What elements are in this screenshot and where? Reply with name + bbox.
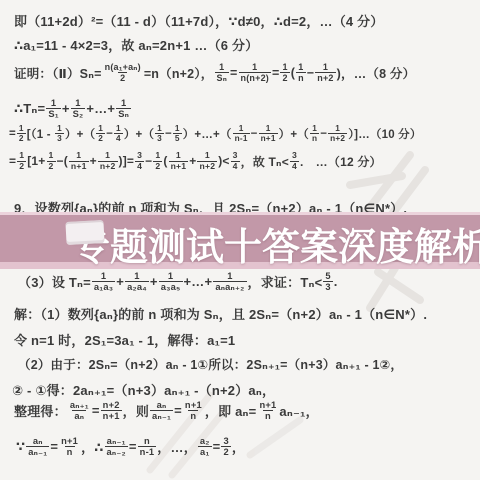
fraction: 1n+2 [315, 62, 335, 83]
math-text: ∴Tₙ= [14, 101, 45, 117]
fraction: 1S₂ [71, 98, 86, 120]
math-text: ，…， [157, 437, 197, 456]
math-text: ∵ [16, 439, 25, 455]
fraction: aₙ₊₁aₙ [68, 400, 91, 422]
math-line: =12[（1 - 13）+（12−14）+（13−15）+…+（1n-1−1n+… [9, 124, 422, 144]
fraction: 15 [173, 124, 182, 144]
math-text: ② - ①得：2aₙ₊₁=（n+3）aₙ₊₁ -（n+2）aₙ， [12, 380, 275, 399]
math-text: 整理得： [14, 401, 67, 420]
fraction: a₂a₁ [198, 436, 212, 458]
fraction: 1a₃a₅ [159, 271, 183, 293]
math-line: ∴Tₙ=1S₁+1S₂+…+1Sₙ [14, 98, 132, 120]
math-text: ，故 Tₙ< [241, 153, 289, 170]
math-text: = [230, 66, 238, 80]
fraction: n+1n [257, 400, 278, 422]
fraction: 1n [310, 124, 319, 144]
fraction: 12 [17, 151, 26, 171]
math-text: +…+ [86, 101, 115, 116]
math-line: ∴a₁=11 - 4×2=3，故 aₙ=2n+1 …（6 分） [14, 35, 258, 54]
fraction: 1n+2 [197, 151, 217, 171]
math-line: ② - ①得：2aₙ₊₁=（n+3）aₙ₊₁ -（n+2）aₙ， [12, 380, 275, 399]
math-line: ∵aₙaₙ₋₁=n+1n，∴aₙ₋₁aₙ₋₂=nn-1，…，a₂a₁=32， [16, 436, 245, 458]
math-text: + [116, 274, 124, 289]
math-text: . [334, 274, 338, 289]
math-text: +…+ [184, 274, 213, 289]
math-text: ）+（ [65, 126, 95, 142]
math-text: =n（n+2）， [144, 64, 214, 82]
fraction: 1n(n+2) [239, 62, 271, 83]
math-text: ∴a₁=11 - 4×2=3，故 aₙ=2n+1 …（6 分） [14, 35, 258, 54]
math-text: −( [57, 154, 68, 168]
math-text: )< [218, 154, 229, 168]
math-text: （2）由于：2Sₙ=（n+2）aₙ - 1①所以：2Sₙ₊₁=（n+3）aₙ₊₁… [18, 355, 403, 373]
math-line: 即（11+2d）²=（11 - d）（11+7d），∵d≠0，∴d=2，…（4 … [14, 11, 384, 30]
fraction: 32 [221, 436, 230, 458]
fraction: 1aₙaₙ₊₂ [213, 271, 246, 293]
fraction: aₙaₙ₋₁ [150, 400, 173, 422]
fraction: 34 [290, 151, 299, 171]
math-text: aₙ₋₁， [279, 401, 318, 420]
math-text: + [150, 274, 158, 289]
math-text: ，即 aₙ= [205, 401, 257, 420]
fraction: 1n+1 [169, 151, 189, 171]
math-line: 解：（1）数列{aₙ}的前 n 项和为 Sₙ，且 2Sₙ=（n+2）aₙ - 1… [14, 304, 427, 323]
math-text: ，∴ [81, 437, 103, 456]
math-text: + [62, 101, 70, 116]
math-text: ，则 [123, 401, 149, 420]
fraction: 34 [231, 151, 240, 171]
math-text: )]= [119, 154, 135, 168]
fraction: n+2n+1 [101, 400, 122, 422]
fraction: 1n-1 [233, 124, 250, 144]
math-text: − [307, 66, 315, 80]
math-text: = [129, 439, 137, 454]
math-line: （2）由于：2Sₙ=（n+2）aₙ - 1①所以：2Sₙ₊₁=（n+3）aₙ₊₁… [18, 355, 403, 373]
math-text: ）+（ [279, 126, 309, 142]
document-page: 即（11+2d）²=（11 - d）（11+7d），∵d≠0，∴d=2，…（4 … [0, 0, 480, 480]
math-text: − [165, 128, 172, 140]
banner-title: 专题测试十答案深度解析 [72, 216, 480, 271]
math-text: . …（12 分） [300, 153, 382, 170]
fraction: n(a₁+aₙ)2 [103, 62, 143, 83]
math-text: 证明：（Ⅱ）Sₙ= [14, 64, 102, 82]
math-line: 证明：（Ⅱ）Sₙ=n(a₁+aₙ)2=n（n+2），1Sₙ=1n(n+2)=12… [14, 62, 415, 83]
fraction: 1S₁ [46, 98, 61, 120]
fraction: 1n+2 [98, 151, 118, 171]
fraction: 1a₁a₃ [92, 271, 115, 293]
math-text: ）+（ [124, 126, 154, 142]
fraction: 34 [135, 151, 144, 171]
fraction: n+1n [59, 436, 80, 458]
math-text: = [213, 439, 221, 454]
math-line: 令 n=1 时，2S₁=3a₁ - 1，解得：a₁=1 [14, 330, 235, 349]
math-text: 即（11+2d）²=（11 - d）（11+7d），∵d≠0，∴d=2，…（4 … [14, 11, 384, 30]
math-text: + [90, 154, 97, 168]
fraction: 14 [114, 124, 123, 144]
math-line: 整理得：aₙ₊₁aₙ=n+2n+1，则aₙaₙ₋₁=n+1n，即 aₙ=n+1n… [14, 400, 319, 422]
math-text: = [9, 154, 16, 168]
math-text: = [92, 403, 100, 418]
fraction: 1n+1 [259, 124, 278, 144]
math-text: ）]…（10 分） [348, 126, 421, 142]
scan-artifact [65, 220, 104, 245]
fraction: 13 [155, 124, 164, 144]
math-text: − [251, 128, 258, 140]
math-text: 令 n=1 时，2S₁=3a₁ - 1，解得：a₁=1 [14, 330, 235, 349]
fraction: nn-1 [138, 436, 157, 458]
fraction: aₙ₋₁aₙ₋₂ [105, 436, 128, 458]
fraction: 12 [280, 62, 289, 83]
math-text: ）+…+（ [183, 126, 232, 142]
fraction: 1n [296, 62, 306, 83]
math-text: − [106, 128, 113, 140]
math-text: [1+ [27, 154, 45, 168]
fraction: 1n+2 [328, 124, 347, 144]
math-text: [（1 - [27, 126, 54, 142]
math-line: （3）设 Tₙ=1a₁a₃+1a₂a₄+1a₃a₅+…+1aₙaₙ₊₂，求证：T… [18, 271, 338, 293]
math-text: ( [163, 154, 167, 168]
math-text: 解：（1）数列{aₙ}的前 n 项和为 Sₙ，且 2Sₙ=（n+2）aₙ - 1… [14, 304, 427, 323]
fraction: 1a₂a₄ [125, 271, 149, 293]
math-text: = [272, 66, 280, 80]
math-text: ， [232, 437, 245, 456]
math-text: （3）设 Tₙ= [18, 272, 91, 291]
math-text: − [145, 154, 152, 168]
fraction: 13 [55, 124, 64, 144]
fraction: n+1n [183, 400, 204, 422]
math-text: = [174, 403, 182, 418]
math-text: = [50, 439, 58, 454]
math-text: − [320, 128, 327, 140]
math-text: )，…（8 分） [337, 64, 416, 82]
math-text: + [189, 154, 196, 168]
math-text: ，求证：Tₙ< [248, 272, 323, 291]
fraction: 12 [153, 151, 162, 171]
fraction: aₙaₙ₋₁ [26, 436, 49, 458]
fraction: 12 [47, 151, 56, 171]
fraction: 12 [96, 124, 105, 144]
math-line: =12[1+12−(1n+1+1n+2)]=34−12(1n+1+1n+2)<3… [9, 151, 382, 171]
fraction: 12 [17, 124, 26, 144]
math-text: ( [291, 66, 295, 80]
math-text: = [9, 128, 16, 140]
fraction: 1n+1 [69, 151, 89, 171]
fraction: 1Sₙ [116, 98, 131, 120]
fraction: 1Sₙ [215, 62, 230, 83]
fraction: 53 [323, 271, 332, 293]
